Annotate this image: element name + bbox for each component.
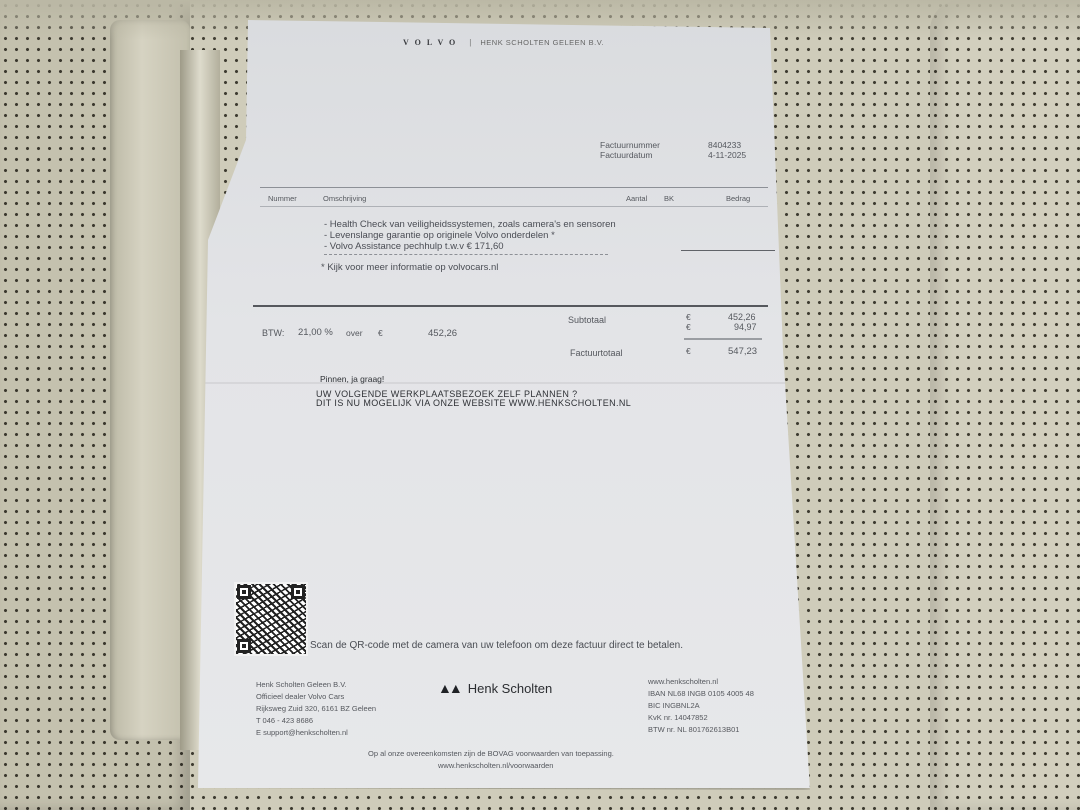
total-label: Factuurtotaal <box>570 348 623 358</box>
volvo-wordmark: VOLVO <box>403 38 461 47</box>
amount-rule <box>681 250 775 251</box>
line-item: - Health Check van veiligheidssystemen, … <box>324 219 616 230</box>
footer-vat-number: BTW nr. NL 801762613B01 <box>648 725 739 734</box>
payment-note: Pinnen, ja graag! <box>320 374 384 384</box>
column-nummer: Nummer <box>268 194 297 203</box>
henk-scholten-logo: ▲▲ Henk Scholten <box>438 680 552 696</box>
column-bedrag: Bedrag <box>726 194 750 203</box>
invoice-date-value: 4-11-2025 <box>708 150 746 160</box>
column-aantal: Aantal <box>626 194 647 203</box>
footer-kvk: KvK nr. 14047852 <box>648 713 708 722</box>
footnote: * Kijk voor meer informatie op volvocars… <box>321 262 498 273</box>
line-item: - Volvo Assistance pechhulp t.w.v € 171,… <box>324 241 504 252</box>
table-header-rule <box>260 206 768 207</box>
footer-iban: IBAN NL68 INGB 0105 4005 48 <box>648 689 754 698</box>
invoice-number-label: Factuurnummer <box>600 140 660 150</box>
subtotal-value: 452,26 <box>728 312 756 322</box>
paper-fold-line <box>198 382 810 384</box>
items-dashed-rule <box>324 254 608 255</box>
vat-base: 452,26 <box>428 328 457 339</box>
payment-qr-code[interactable] <box>234 582 308 656</box>
letterhead: VOLVO|HENK SCHOLTEN GELEEN B.V. <box>403 38 604 47</box>
qr-finder-icon <box>237 639 251 653</box>
footer-email[interactable]: E support@henkscholten.nl <box>256 728 348 737</box>
qr-finder-icon <box>237 585 251 599</box>
terms-link[interactable]: www.henkscholten.nl/voorwaarden <box>438 761 553 770</box>
subtotal-currency: € <box>686 312 691 322</box>
footer-phone: T 046 - 423 8686 <box>256 716 313 725</box>
footer-bic: BIC INGBNL2A <box>648 701 700 710</box>
vat-base-currency: € <box>378 328 383 338</box>
seat-right-bolster <box>930 0 1080 810</box>
henk-scholten-logo-icon: ▲▲ <box>438 680 460 696</box>
invoice-date-label: Factuurdatum <box>600 150 652 160</box>
total-rule <box>684 338 762 340</box>
column-bk: BK <box>664 194 674 203</box>
footer-website[interactable]: www.henkscholten.nl <box>648 677 718 686</box>
dealer-name: HENK SCHOLTEN GELEEN B.V. <box>480 38 604 47</box>
column-omschrijving: Omschrijving <box>323 194 366 203</box>
line-item: - Levenslange garantie op originele Volv… <box>324 230 555 241</box>
vat-rate: 21,00 % <box>298 327 333 338</box>
vat-amount-currency: € <box>686 322 691 332</box>
table-top-rule <box>260 187 768 188</box>
footer-address: Rijksweg Zuid 320, 6161 BZ Geleen <box>256 704 376 713</box>
seat-fold <box>110 20 190 740</box>
logo-text: Henk Scholten <box>468 681 553 696</box>
terms-text: Op al onze overeenkomsten zijn de BOVAG … <box>368 749 614 758</box>
vat-amount: 94,97 <box>734 322 757 332</box>
vat-label: BTW: <box>262 328 284 338</box>
subtotal-label: Subtotaal <box>568 315 606 325</box>
footer-dealer-info: Officieel dealer Volvo Cars <box>256 692 344 701</box>
qr-finder-icon <box>291 585 305 599</box>
vat-over: over <box>346 328 363 338</box>
totals-rule <box>253 305 768 307</box>
total-value: 547,23 <box>728 346 757 357</box>
invoice-number-value: 8404233 <box>708 140 741 150</box>
qr-instruction: Scan de QR-code met de camera van uw tel… <box>310 640 683 651</box>
invoice-paper: VOLVO|HENK SCHOLTEN GELEEN B.V. Factuurn… <box>198 20 810 788</box>
footer-company-name: Henk Scholten Geleen B.V. <box>256 680 347 689</box>
total-currency: € <box>686 346 691 356</box>
promo-line-2: DIT IS NU MOGELIJK VIA ONZE WEBSITE WWW.… <box>316 398 631 408</box>
